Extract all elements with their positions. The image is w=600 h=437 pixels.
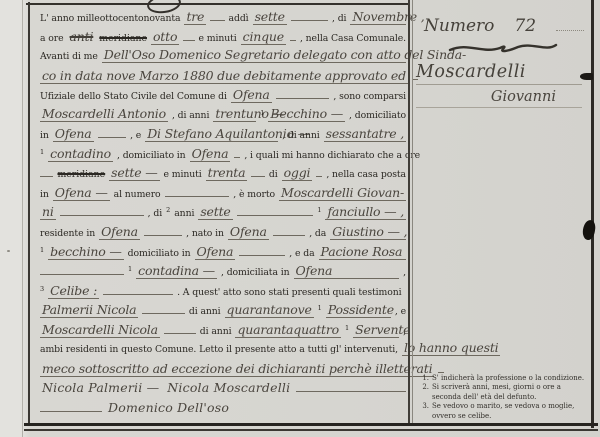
act-line: meridianesette —e minutitrentadioggi, ne… bbox=[40, 164, 406, 184]
blank-rule bbox=[210, 8, 224, 21]
handwritten-entry: contadino bbox=[48, 146, 113, 162]
margin-column-divider-thin bbox=[412, 0, 413, 424]
blank-rule bbox=[40, 399, 102, 412]
handwritten-entry: sette — bbox=[109, 165, 159, 181]
printed-form-text: , bbox=[403, 267, 406, 278]
numero-dotted-rule bbox=[556, 16, 584, 31]
printed-form-text: residente in bbox=[40, 228, 95, 239]
printed-form-text: di anni bbox=[200, 326, 232, 337]
act-line: Palmerii Nicoladi anniquarantanove1Possi… bbox=[40, 301, 406, 321]
handwritten-entry-struck: anti bbox=[68, 29, 96, 44]
handwritten-entry: Servente bbox=[353, 322, 399, 338]
footnote-reference: 2 bbox=[166, 206, 170, 214]
printed-form-text: , domiciliata in bbox=[221, 267, 290, 278]
blank-rule bbox=[239, 243, 285, 256]
printed-form-text-struck: meridiane bbox=[57, 169, 105, 180]
blank-rule bbox=[60, 203, 144, 216]
footnote-reference: 1 bbox=[40, 148, 44, 156]
handwritten-entry: trenta bbox=[206, 165, 248, 181]
blank-rule bbox=[183, 28, 194, 41]
printed-form-text: Avanti di me bbox=[40, 51, 98, 62]
act-line: Domenico Dell'oso bbox=[40, 399, 406, 419]
printed-form-text: a ore bbox=[40, 33, 64, 44]
handwritten-entry: quarantaquattro bbox=[235, 322, 341, 338]
handwritten-entry: Ofena bbox=[195, 244, 236, 260]
blank-rule bbox=[165, 184, 230, 197]
printed-form-text: di anni bbox=[189, 306, 221, 317]
handwritten-entry: quarantanove bbox=[225, 302, 314, 318]
blank-rule bbox=[144, 223, 182, 236]
act-line: meco sottoscritto ad eccezione dei dichi… bbox=[40, 360, 406, 380]
footnote-reference: 1 bbox=[317, 206, 321, 214]
signature: Nicola Palmerii — bbox=[40, 380, 161, 395]
handwritten-entry: Ofena bbox=[190, 146, 231, 162]
handwritten-entry: Ofena bbox=[99, 224, 140, 240]
footnote-text: Si scriverà anni, mesi, giorni o ore a s… bbox=[432, 383, 586, 402]
ink-speck bbox=[7, 250, 10, 252]
handwritten-entry: meco sottoscritto ad eccezione dei dichi… bbox=[40, 361, 434, 377]
blank-rule bbox=[276, 86, 330, 99]
handwritten-entry: Becchino — bbox=[268, 106, 345, 122]
printed-form-text: di bbox=[269, 169, 278, 180]
printed-form-text: , i quali mi hanno dichiarato che a ore bbox=[244, 150, 420, 161]
blank-rule bbox=[296, 379, 406, 392]
act-line: 3Celibe :. A quest' atto sono stati pres… bbox=[40, 282, 406, 302]
printed-form-text: , di anni bbox=[282, 130, 319, 141]
blank-rule bbox=[290, 28, 296, 41]
footnote-number: 3. bbox=[422, 402, 429, 421]
act-line: co in data nove Marzo 1880 due debitamen… bbox=[40, 67, 406, 87]
act-line: L' anno milleottocentonovantatreaddìsett… bbox=[40, 8, 406, 28]
printed-form-text: , bbox=[403, 326, 406, 337]
blank-rule bbox=[273, 223, 306, 236]
footnote-reference: 1 bbox=[318, 304, 322, 312]
act-line: ambi residenti in questo Comune. Letto i… bbox=[40, 340, 406, 360]
numero-value: 72 bbox=[514, 16, 536, 36]
handwritten-entry: tre bbox=[184, 9, 206, 25]
numero-label: Numero bbox=[424, 16, 494, 36]
ink-blot-small bbox=[580, 73, 593, 80]
blank-rule bbox=[234, 145, 240, 158]
act-line: Moscardelli Nicoladi anniquarantaquattro… bbox=[40, 321, 406, 341]
handwritten-entry: Celibe : bbox=[48, 283, 99, 299]
printed-form-text: e minuti bbox=[199, 33, 237, 44]
handwritten-entry: Moscardelli Antonio bbox=[40, 106, 168, 122]
printed-form-text: domiciliato in bbox=[128, 248, 191, 259]
printed-form-text: , nella casa posta bbox=[326, 169, 406, 180]
printed-form-text: L' anno milleottocentonovanta bbox=[40, 13, 180, 24]
printed-form-text: , di bbox=[332, 13, 346, 24]
handwritten-entry: co in data nove Marzo 1880 due debitamen… bbox=[40, 68, 408, 84]
blank-rule bbox=[103, 282, 173, 295]
blank-rule bbox=[142, 301, 184, 314]
act-line: 1contadino, domiciliato inOfena, i quali… bbox=[40, 145, 406, 165]
signature: Domenico Dell'oso bbox=[106, 400, 231, 415]
printed-form-text: addì bbox=[229, 13, 249, 24]
form-left-border bbox=[28, 2, 30, 426]
footnote-reference: 1 bbox=[128, 265, 132, 273]
act-line: residente inOfena, nato inOfena, daGiust… bbox=[40, 223, 406, 243]
act-line: a oreantimeridianeottoe minuticinque, ne… bbox=[40, 28, 406, 48]
deceased-given-name: Giovanni bbox=[416, 89, 582, 108]
handwritten-entry: Di Stefano Aquilantonio — bbox=[145, 126, 278, 142]
margin-column-divider bbox=[408, 0, 410, 424]
printed-form-text: e minuti bbox=[164, 169, 202, 180]
handwritten-entry: Ofena — bbox=[53, 185, 110, 201]
handwritten-entry: Palmerii Nicola bbox=[40, 302, 138, 318]
printed-form-text: , di bbox=[148, 208, 162, 219]
printed-form-text: ambi residenti in questo Comune. Letto i… bbox=[40, 344, 398, 355]
handwritten-entry: Ofena bbox=[231, 87, 272, 103]
handwritten-entry: Giustino — , bbox=[330, 224, 406, 240]
handwritten-entry: otto bbox=[151, 29, 179, 45]
act-line: inOfena —al numero, è mortoMoscardelli G… bbox=[40, 184, 406, 204]
blank-rule bbox=[164, 321, 196, 334]
handwritten-entry: sette bbox=[253, 9, 287, 25]
form-footnotes: 1.S' indicherà la professione o la condi… bbox=[422, 374, 586, 421]
margin-column: Numero 72 Moscardelli Giovanni 1.S' indi… bbox=[414, 0, 590, 424]
act-line: 1contadina —, domiciliata inOfena, bbox=[40, 262, 406, 282]
printed-form-text: , da bbox=[309, 228, 326, 239]
printed-form-text: , di anni bbox=[172, 110, 209, 121]
act-line: Moscardelli Antonio, di annitrentuno —1B… bbox=[40, 106, 406, 126]
act-line: Ufiziale dello Stato Civile del Comune d… bbox=[40, 86, 406, 106]
blank-rule bbox=[316, 164, 322, 177]
footnote-reference: 1 bbox=[345, 324, 349, 332]
footnote-number: 2. bbox=[422, 383, 429, 402]
printed-form-text: , sono comparsi bbox=[333, 91, 406, 102]
printed-form-text: in bbox=[40, 189, 49, 200]
act-number-line: Numero 72 bbox=[424, 16, 584, 36]
printed-form-text: in bbox=[40, 130, 49, 141]
handwritten-entry: Dell'Oso Domenico Segretario delegato co… bbox=[102, 47, 406, 63]
printed-form-text: , domiciliato in bbox=[117, 150, 186, 161]
handwritten-entry: oggi bbox=[282, 165, 313, 181]
top-rule bbox=[26, 3, 410, 5]
death-act-body: L' anno milleottocentonovantatreaddìsett… bbox=[40, 8, 406, 418]
bottom-rule-thick bbox=[24, 423, 598, 426]
footnote-number: 1. bbox=[422, 374, 429, 383]
printed-form-text: , e da bbox=[289, 248, 314, 259]
printed-form-text: , è morto bbox=[233, 189, 275, 200]
footnote-reference: 1 bbox=[260, 109, 264, 117]
blank-rule bbox=[251, 164, 264, 177]
handwritten-entry: becchino — bbox=[48, 244, 124, 260]
handwritten-entry: Ofena bbox=[228, 224, 269, 240]
printed-form-text: . A quest' atto sono stati presenti qual… bbox=[177, 287, 401, 298]
printed-form-text: anni bbox=[174, 208, 194, 219]
handwritten-entry: contadina — bbox=[136, 263, 217, 279]
blank-rule bbox=[291, 8, 328, 21]
printed-form-text: , nella Casa Comunale. bbox=[300, 33, 406, 44]
printed-form-text-struck: meridiane bbox=[99, 33, 147, 44]
handwritten-entry: Novembre , bbox=[350, 9, 406, 25]
handwritten-entry: sessantatre , bbox=[324, 126, 406, 142]
blank-rule bbox=[40, 164, 53, 177]
act-line: inOfena, eDi Stefano Aquilantonio —, di … bbox=[40, 125, 406, 145]
handwritten-entry: Pacione Rosa bbox=[319, 244, 406, 260]
act-line: ni, di2annisette1fanciullo — , bbox=[40, 203, 406, 223]
act-line: Nicola Palmerii —Nicola Moscardelli bbox=[40, 379, 406, 399]
footnote-reference: 3 bbox=[40, 285, 44, 293]
handwritten-entry: Possidente bbox=[326, 302, 391, 318]
handwritten-entry: trentuno — bbox=[213, 106, 256, 122]
handwritten-entry: cinque bbox=[241, 29, 286, 45]
bottom-rule-thin bbox=[24, 429, 598, 431]
blank-rule bbox=[40, 262, 124, 275]
printed-form-text: Ufiziale dello Stato Civile del Comune d… bbox=[40, 91, 227, 102]
handwritten-entry: Moscardelli Giovan- bbox=[279, 185, 406, 201]
footnote-text: Se vedovo o marito, se vedova o moglie, … bbox=[432, 402, 586, 421]
handwritten-entry: Ofena bbox=[294, 263, 400, 279]
handwritten-entry: fanciullo — , bbox=[325, 204, 406, 220]
blank-rule bbox=[237, 203, 314, 216]
handwritten-entry: Ofena bbox=[53, 126, 94, 142]
footnote-reference: 1 bbox=[40, 246, 44, 254]
deceased-surname: Moscardelli bbox=[416, 62, 582, 85]
footnote-item: 2.Si scriverà anni, mesi, giorni o ore a… bbox=[422, 383, 586, 402]
printed-form-text: , e bbox=[395, 306, 406, 317]
printed-form-text: , nato in bbox=[186, 228, 224, 239]
printed-form-text: al numero bbox=[114, 189, 161, 200]
act-line: Avanti di meDell'Oso Domenico Segretario… bbox=[40, 47, 406, 67]
handwritten-entry: ni bbox=[40, 204, 56, 220]
signature: Nicola Moscardelli bbox=[165, 380, 292, 395]
printed-form-text: , domiciliato bbox=[349, 110, 406, 121]
blank-rule bbox=[98, 125, 127, 138]
page-edge-line bbox=[22, 0, 23, 437]
form-right-border bbox=[591, 0, 594, 428]
printed-form-text: , e bbox=[130, 130, 141, 141]
calligraphic-flourish bbox=[448, 40, 558, 56]
handwritten-entry: Moscardelli Nicola bbox=[40, 322, 160, 338]
handwritten-entry: sette bbox=[198, 204, 232, 220]
footnote-item: 3.Se vedovo o marito, se vedova o moglie… bbox=[422, 402, 586, 421]
act-line: 1becchino —domiciliato inOfena, e daPaci… bbox=[40, 243, 406, 263]
